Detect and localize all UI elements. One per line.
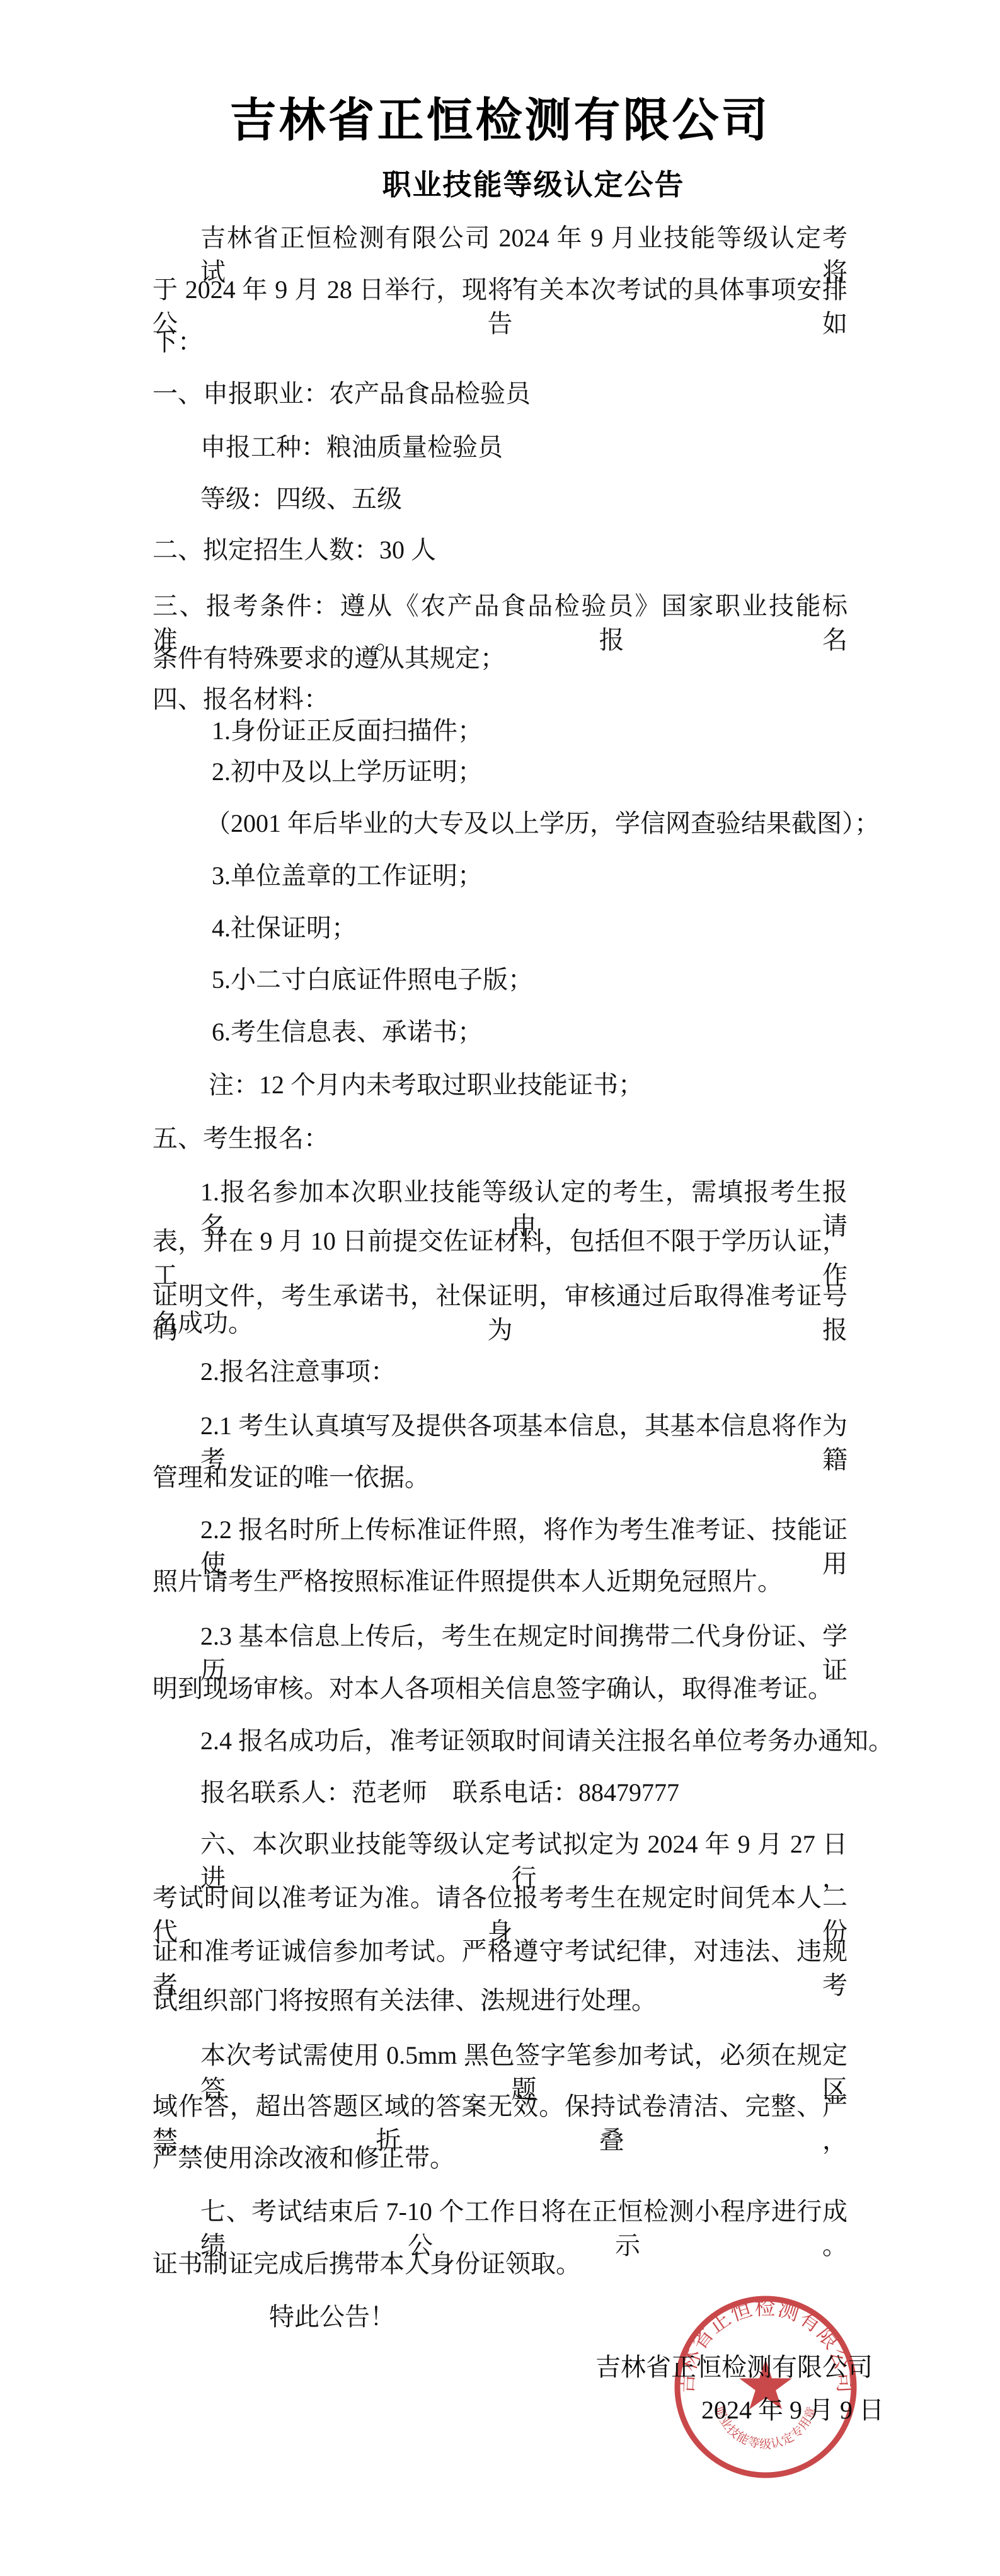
signature-date: 2024 年 9 月 9 日 bbox=[701, 2393, 884, 2427]
doc-line: 表，并在 9 月 10 日前提交佐证材料，包括但不限于学历认证，工作 bbox=[152, 1224, 848, 1258]
company-title: 吉林省正恒检测有限公司 bbox=[152, 93, 848, 149]
doc-line: 证和准考证诚信参加考试。严格遵守考试纪律，对违法、违规者，考 bbox=[152, 1935, 848, 1969]
doc-line: 5.小二寸白底证件照电子版； bbox=[212, 963, 533, 997]
doc-line: 四、报名材料： bbox=[152, 682, 329, 716]
announcement-document: 吉林省正恒检测有限公司 职业技能等级认定公告 吉林省正恒检测有限公司 2024 … bbox=[0, 0, 1000, 2576]
doc-line: 证明文件，考生承诺书，社保证明，审核通过后取得准考证号码为报 bbox=[152, 1279, 848, 1313]
doc-line: 六、本次职业技能等级认定考试拟定为 2024 年 9 月 27 日进行， bbox=[200, 1827, 848, 1861]
doc-line: 域作答，超出答题区域的答案无效。保持试卷清洁、完整、严禁折叠， bbox=[152, 2090, 848, 2124]
doc-line: 下： bbox=[152, 325, 203, 359]
doc-line: 吉林省正恒检测有限公司 2024 年 9 月业技能等级认定考试，将 bbox=[200, 221, 848, 255]
doc-line: 管理和发证的唯一依据。 bbox=[152, 1461, 430, 1495]
doc-line: 三、报考条件：遵从《农产品食品检验员》国家职业技能标准。报名 bbox=[152, 589, 848, 623]
announcement-subtitle: 职业技能等级认定公告 bbox=[186, 165, 881, 205]
doc-line: 一、申报职业：农产品食品检验员 bbox=[152, 377, 531, 411]
doc-line: 照片请考生严格按照标准证件照提供本人近期免冠照片。 bbox=[152, 1565, 783, 1599]
doc-line: 2.1 考生认真填写及提供各项基本信息，其基本信息将作为考籍 bbox=[200, 1409, 848, 1443]
doc-line: （2001 年后毕业的大专及以上学历，学信网查验结果截图）； bbox=[205, 807, 880, 841]
doc-line: 申报工种：粮油质量检验员 bbox=[200, 430, 503, 464]
doc-line: 等级：四级、五级 bbox=[200, 482, 402, 516]
company-seal: 吉林省正恒检测有限公司 职业技能等级认定专用章 bbox=[671, 2292, 860, 2481]
doc-line: 本次考试需使用 0.5mm 黑色签字笔参加考试，必须在规定答题区 bbox=[200, 2038, 848, 2073]
doc-line: 条件有特殊要求的遵从其规定； bbox=[152, 641, 505, 676]
doc-line: 2.报名注意事项： bbox=[200, 1355, 396, 1389]
doc-line: 明到现场审核。对本人各项相关信息签字确认，取得准考证。 bbox=[152, 1672, 833, 1706]
doc-line: 二、拟定招生人数：30 人 bbox=[152, 533, 436, 567]
signature-company-name: 吉林省正恒检测有限公司 bbox=[595, 2350, 873, 2384]
doc-line: 特此公告！ bbox=[269, 2300, 395, 2334]
doc-line: 名成功。 bbox=[152, 1306, 253, 1340]
doc-line: 报名联系人：范老师 联系电话：88479777 bbox=[200, 1776, 679, 1810]
doc-line: 2.4 报名成功后，准考证领取时间请关注报名单位考务办通知。 bbox=[200, 1724, 894, 1758]
doc-line: 于 2024 年 9 月 28 日举行，现将有关本次考试的具体事项安排公告如 bbox=[152, 273, 848, 307]
doc-line: 3.单位盖章的工作证明； bbox=[212, 859, 483, 893]
doc-line: 1.身份证正反面扫描件； bbox=[212, 714, 483, 748]
doc-line: 考试时间以准考证为准。请各位报考考生在规定时间凭本人二代身份 bbox=[152, 1881, 848, 1915]
doc-line: 试组织部门将按照有关法律、法规进行处理。 bbox=[152, 1984, 657, 2018]
doc-line: 2.2 报名时所上传标准证件照，将作为考生准考证、技能证使用 bbox=[200, 1513, 848, 1547]
doc-line: 证书制证完成后携带本人身份证领取。 bbox=[152, 2247, 581, 2281]
doc-line: 2.3 基本信息上传后，考生在规定时间携带二代身份证、学历证 bbox=[200, 1619, 848, 1653]
doc-line: 五、考生报名： bbox=[152, 1122, 329, 1156]
doc-line: 注：12 个月内未考取过职业技能证书； bbox=[209, 1068, 643, 1102]
doc-line: 严禁使用涂改液和修正带。 bbox=[152, 2141, 455, 2175]
doc-line: 1.报名参加本次职业技能等级认定的考生，需填报考生报名申请 bbox=[200, 1175, 848, 1209]
doc-line: 2.初中及以上学历证明； bbox=[212, 755, 483, 789]
doc-line: 6.考生信息表、承诺书； bbox=[212, 1015, 483, 1049]
doc-line: 七、考试结束后 7-10 个工作日将在正恒检测小程序进行成绩公示。 bbox=[200, 2195, 848, 2229]
doc-line: 4.社保证明； bbox=[212, 911, 357, 945]
